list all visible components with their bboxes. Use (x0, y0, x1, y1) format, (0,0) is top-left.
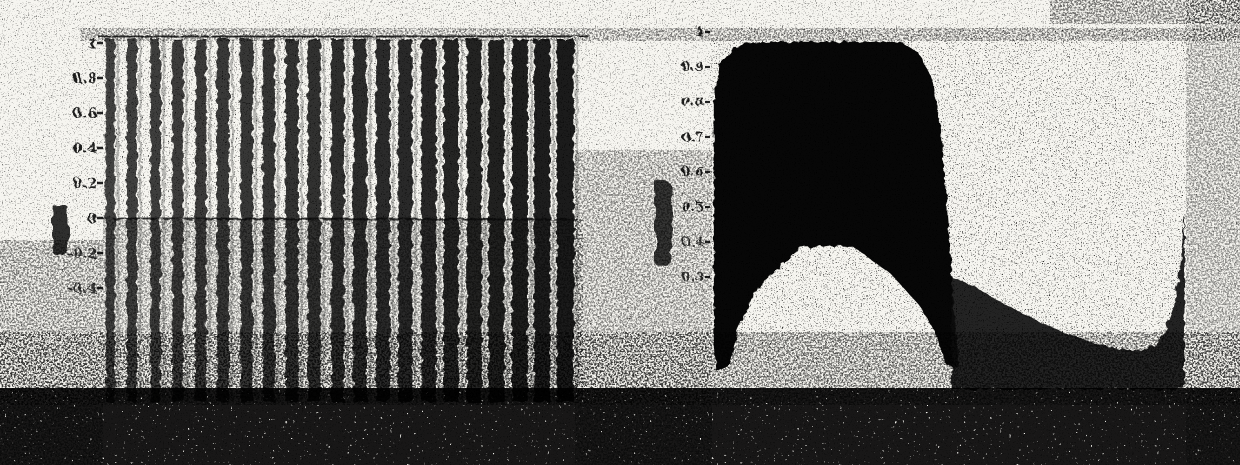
two-panel-figure: 10.80.60.40.20-0.2-0.4 10.90.80.70.60.50… (0, 0, 1240, 465)
bottom-dark-band (0, 388, 1240, 465)
left-plot-speckle (103, 40, 578, 218)
top-right-smear (1050, 0, 1240, 24)
scanned-figure-page: 10.80.60.40.20-0.2-0.4 10.90.80.70.60.50… (0, 0, 1240, 465)
scan-noise-layers (0, 0, 1240, 465)
